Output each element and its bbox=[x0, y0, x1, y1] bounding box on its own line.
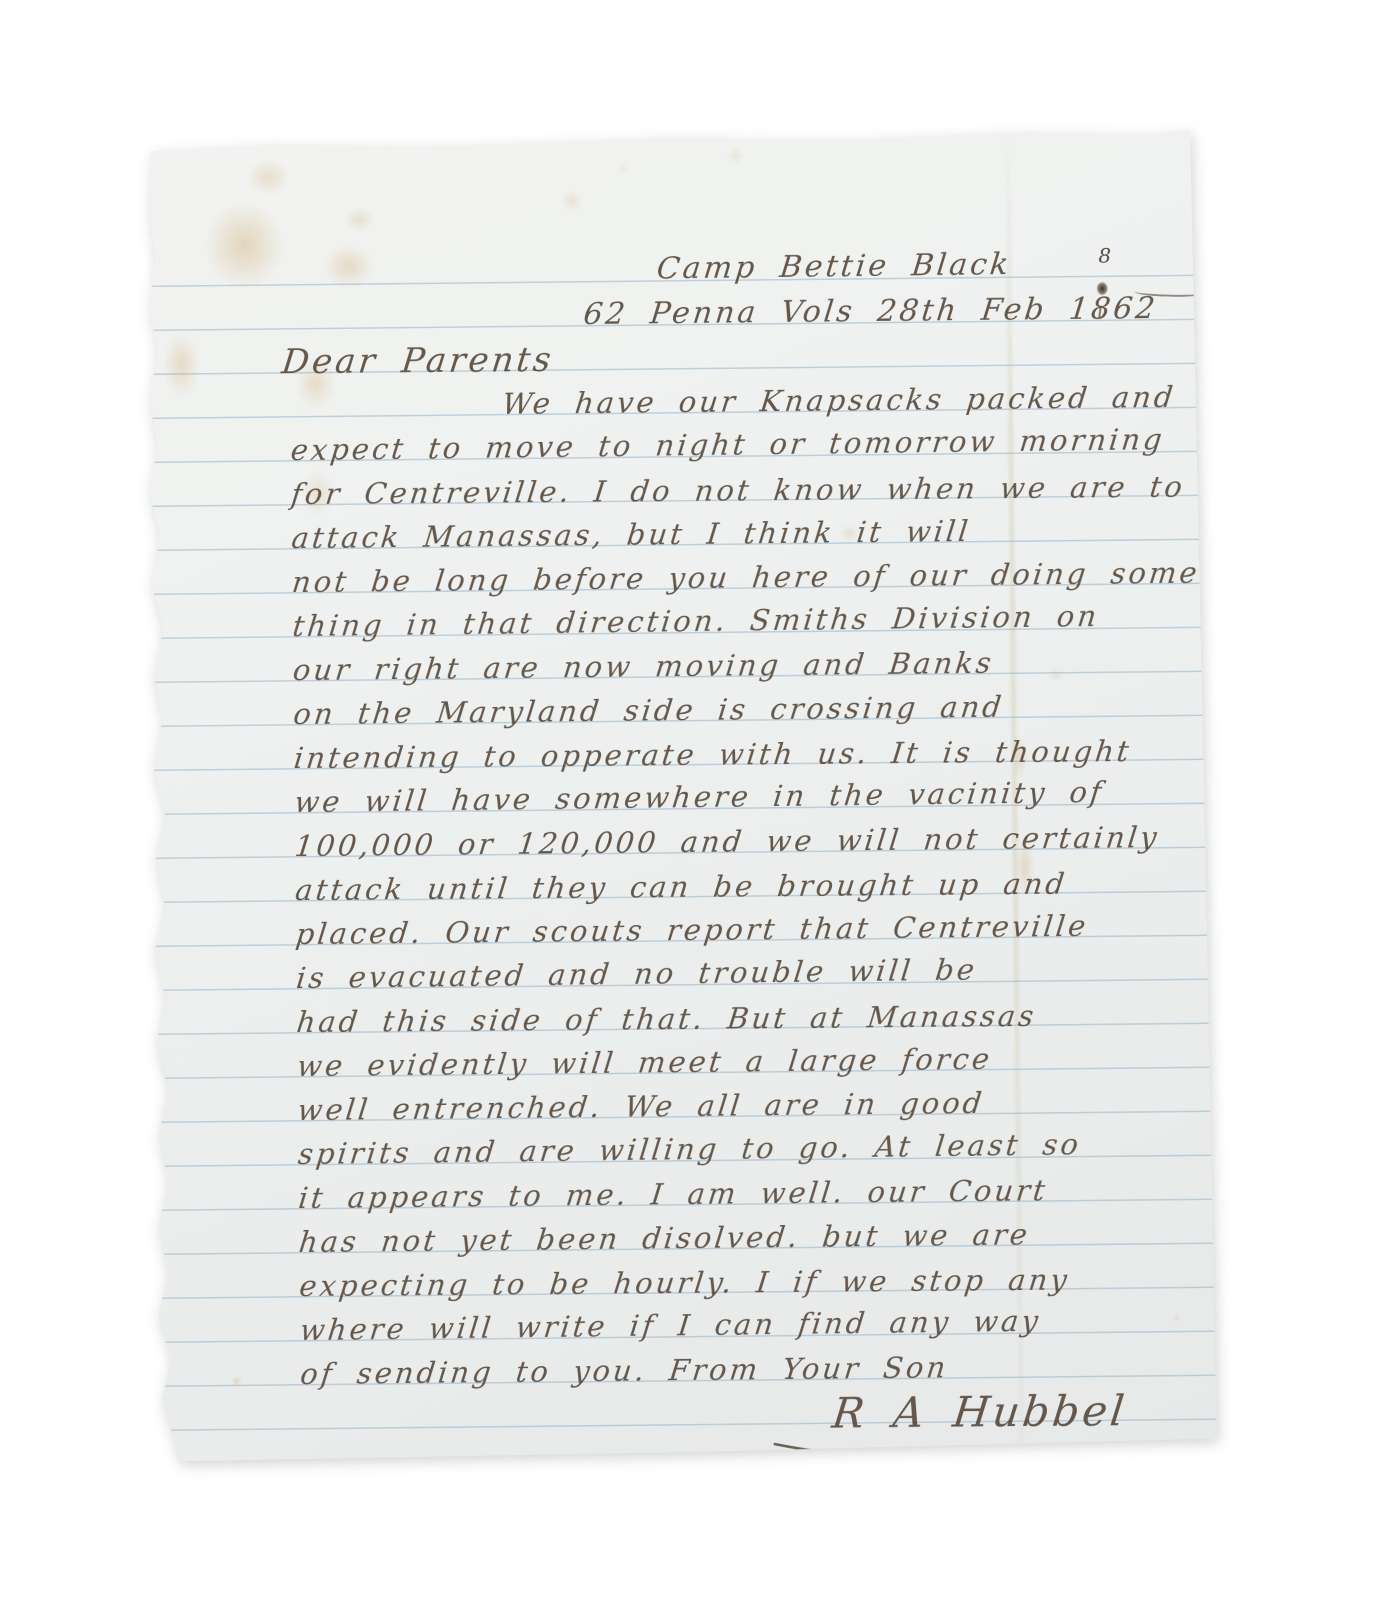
stain bbox=[558, 185, 586, 217]
letter-photo: 8 Camp Bettie Black 62 Penna Vols 28th F… bbox=[0, 0, 1376, 1600]
stain bbox=[237, 152, 300, 203]
paper-sheet: 8 Camp Bettie Black 62 Penna Vols 28th F… bbox=[145, 126, 1221, 1461]
letter-paper: 8 Camp Bettie Black 62 Penna Vols 28th F… bbox=[145, 126, 1221, 1461]
heading-date-line: 62 Penna Vols 28th Feb 1862 bbox=[287, 287, 1164, 340]
body-line: has not yet been disolved. but we are bbox=[297, 1211, 1174, 1264]
body-line: 100,000 or 120,000 and we will not certa… bbox=[293, 815, 1170, 868]
stain bbox=[723, 143, 747, 167]
stain bbox=[338, 201, 380, 237]
handwriting: Camp Bettie Black 62 Penna Vols 28th Feb… bbox=[288, 243, 1172, 1440]
stain bbox=[613, 161, 631, 179]
body-line: on the Maryland side is crossing and bbox=[291, 683, 1168, 736]
signature-flourish bbox=[769, 1430, 1189, 1480]
